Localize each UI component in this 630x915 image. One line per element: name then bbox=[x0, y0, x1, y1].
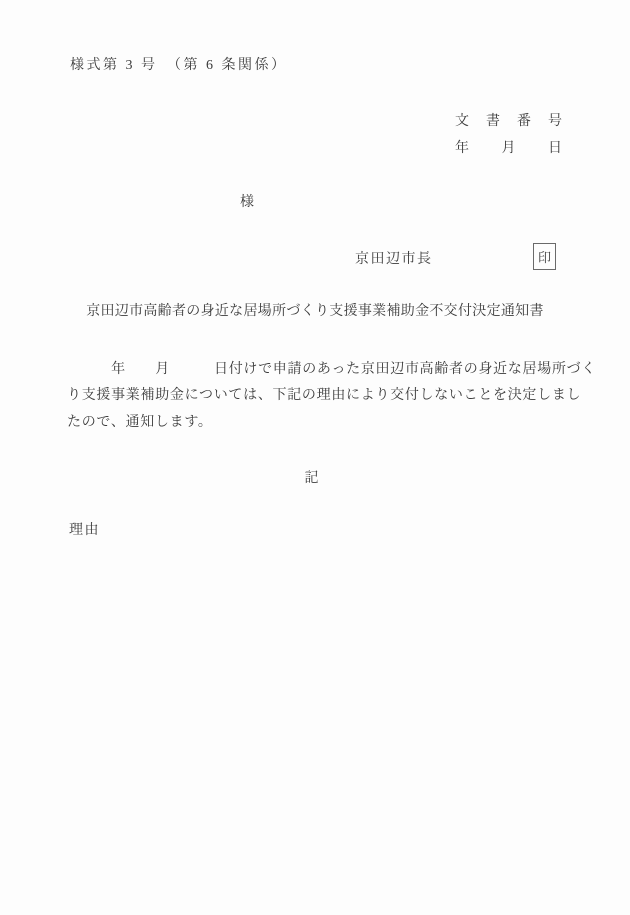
document-number-label: 文 書 番 号 bbox=[455, 110, 564, 130]
seal-label: 印 bbox=[538, 247, 551, 266]
sender-name: 京田辺市長 bbox=[355, 248, 433, 268]
seal-box: 印 bbox=[533, 243, 556, 270]
reason-label: 理由 bbox=[69, 519, 100, 539]
body-line: たので、通知します。 bbox=[67, 410, 572, 436]
form-number-line: 様式第 3 号 （第 6 条関係） bbox=[70, 54, 288, 74]
body-line: 年 月 日付けで申請のあった京田辺市高齢者の身近な居場所づく bbox=[67, 357, 572, 383]
addressee-suffix: 様 bbox=[240, 191, 255, 211]
document-page: 様式第 3 号 （第 6 条関係） 文 書 番 号 年 月 日 様 京田辺市長 … bbox=[0, 0, 630, 915]
body-line: り支援事業補助金については、下記の理由により交付しないことを決定しまし bbox=[67, 383, 572, 409]
heading-ki: 記 bbox=[0, 467, 624, 487]
body-paragraph: 年 月 日付けで申請のあった京田辺市高齢者の身近な居場所づく り支援事業補助金に… bbox=[67, 357, 572, 436]
document-title: 京田辺市高齢者の身近な居場所づくり支援事業補助金不交付決定通知書 bbox=[0, 300, 630, 320]
date-line: 年 月 日 bbox=[455, 137, 564, 157]
